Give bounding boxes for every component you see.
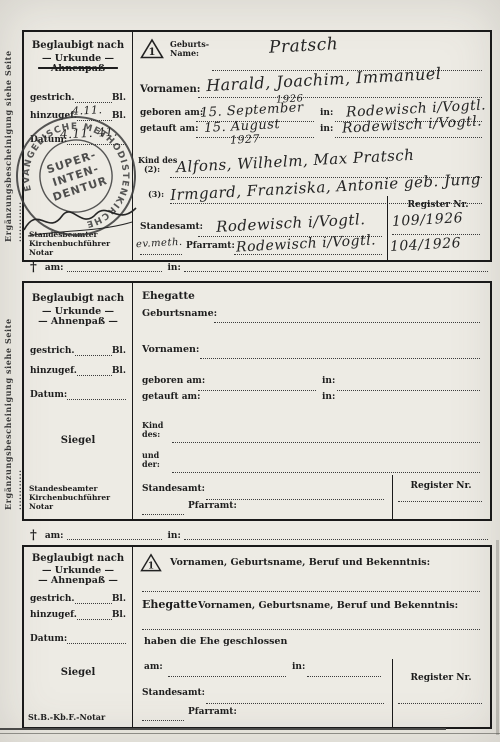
geburtsname-label: Geburtsname:: [142, 309, 217, 319]
pfarramt-prefix-line: [142, 512, 184, 515]
standesamt-line: [206, 497, 384, 500]
certification-column-3: Beglaubigt nach — Urkunde — — Ahnenpaß —…: [24, 547, 133, 727]
death-am-label: am:: [45, 532, 64, 542]
pfarramt-prefix-hand: ev.meth.: [136, 237, 183, 250]
hinzugef-label: hinzugef.: [30, 367, 77, 377]
kind-line: [172, 440, 480, 443]
birth-record-fields: 1 Geburts- Name: Pratsch Vornamen: Haral…: [134, 32, 490, 260]
ahnenpass-label: — Ahnenpaß —: [24, 64, 132, 74]
signature-scrawl: [20, 200, 140, 240]
vornamen-line: [198, 95, 482, 98]
und-line: [172, 470, 480, 473]
scan-edge-artifact: [496, 540, 499, 735]
hinzugef-unit: Bl.: [112, 367, 126, 377]
death-am-blank: [67, 537, 162, 540]
hinzugef-blank: [77, 617, 112, 620]
gestrich-blank: [75, 601, 112, 604]
intro-label: Vornamen, Geburtsname, Beruf und Bekennt…: [170, 558, 430, 568]
geschlossen-label: haben die Ehe geschlossen: [144, 637, 287, 647]
gestrich-row: gestrich. Bl.: [30, 595, 126, 604]
datum-blank: [67, 397, 126, 400]
geburtsname-value: Pratsch: [269, 34, 339, 58]
pfarramt-prefix-line: [142, 718, 184, 721]
spouse-record-fields: Ehegatte Geburtsname: Vornamen: geboren …: [134, 283, 490, 519]
certification-column-2: Beglaubigt nach — Urkunde — — Ahnenpaß —…: [24, 283, 133, 519]
certified-label: Beglaubigt nach: [24, 293, 132, 304]
geboren-label: geboren am:: [142, 377, 205, 387]
page-bottom-rule-2: [0, 733, 500, 734]
gestrich-row: gestrich. Bl.: [30, 347, 126, 356]
death-am-label: am:: [45, 264, 64, 274]
death-in-label: in:: [168, 264, 181, 274]
siegel-label: Siegel: [24, 667, 132, 678]
datum-row: Datum:: [30, 391, 126, 400]
official-line: Notar: [29, 502, 110, 511]
marriage-record-section: Beglaubigt nach — Urkunde — — Ahnenpaß —…: [22, 545, 492, 729]
person-line: [142, 589, 480, 592]
vornamen-line: [200, 356, 480, 359]
warning-triangle-icon: 1: [140, 553, 162, 572]
warning-triangle-icon: 1: [140, 38, 164, 59]
geboren-year: 1926: [276, 93, 304, 105]
hinzugef-blank: [77, 373, 112, 376]
register-line-2: [398, 499, 482, 502]
ahnenpass-label: — Ahnenpaß —: [24, 317, 132, 327]
ehegatte-header: Ehegatte: [142, 599, 197, 611]
death-line-2: † am: in:: [30, 528, 488, 541]
am-line: [168, 674, 286, 677]
certified-label: Beglaubigt nach: [24, 40, 132, 51]
datum-blank: [67, 641, 126, 644]
pfarramt-label: Pfarramt:: [188, 708, 237, 718]
standesamt-label: Standesamt:: [140, 223, 203, 233]
death-am-blank: [67, 269, 162, 272]
geboren-in-line: [337, 388, 480, 391]
standesamt-label: Standesamt:: [142, 689, 205, 699]
geburtsname-line: [214, 320, 480, 323]
standesamt-value: Rodewisch i/Vogtl.: [216, 210, 366, 236]
und-label-2: der:: [142, 460, 160, 469]
pfarramt-label: Pfarramt:: [188, 502, 237, 512]
certified-label: Beglaubigt nach: [24, 553, 132, 564]
death-in-blank: [184, 269, 488, 272]
getauft-label: getauft am:: [142, 393, 200, 403]
kind2-label: (2):: [144, 165, 160, 174]
register-divider-2: [392, 475, 393, 519]
ehegatte-intro-label: Vornamen, Geburtsname, Beruf und Bekennt…: [198, 601, 458, 611]
hinzugef-unit: Bl.: [112, 611, 126, 621]
kind2-value: Alfons, Wilhelm, Max Pratsch: [176, 146, 415, 176]
hinzugef-row: hinzugef. Bl.: [30, 367, 126, 376]
register-divider-1: [387, 196, 388, 260]
register-nr-label-2: Register Nr.: [396, 481, 486, 491]
datum-row: Datum:: [30, 635, 126, 644]
geboren-label: geboren am:: [140, 109, 203, 119]
death-line-1: † am: in:: [30, 260, 488, 273]
gestrich-unit: Bl.: [112, 347, 126, 357]
in-label: in:: [292, 663, 305, 673]
getauft-year: 1927: [230, 132, 261, 147]
ahnenpass-label: — Ahnenpaß —: [24, 576, 132, 586]
cross-symbol: †: [30, 260, 37, 275]
register-nr-label-3: Register Nr.: [396, 673, 486, 683]
badge-number: 1: [148, 561, 154, 571]
getauft-in-label: in:: [322, 393, 335, 403]
official-line: Standesbeamter: [29, 484, 110, 493]
datum-label: Datum:: [30, 635, 67, 645]
death-in-blank: [184, 537, 488, 540]
officials-labels-2: Standesbeamter Kirchenbuchführer Notar: [29, 484, 110, 511]
geburtsname-label-2: Name:: [170, 49, 199, 58]
certification-column-1: Beglaubigt nach — Urkunde — — Ahnenpaß —…: [24, 32, 133, 260]
vornamen-label: Vornamen:: [142, 345, 199, 355]
hinzugef-row: hinzugef. Bl.: [30, 611, 126, 620]
getauft-in-label: in:: [320, 125, 333, 135]
am-label: am:: [144, 663, 163, 673]
birth-record-section: Beglaubigt nach — Urkunde — — Ahnenpaß —…: [22, 30, 492, 262]
ehegatte-header: Ehegatte: [142, 291, 195, 303]
pfarramt-label: Pfarramt:: [186, 242, 235, 252]
register-standesamt-value: 109/1926: [392, 210, 464, 230]
kind-label-2: des:: [142, 430, 160, 439]
hinzugef-label: hinzugef.: [30, 611, 77, 621]
datum-label: Datum:: [30, 391, 67, 401]
page-bottom-rule: [0, 728, 446, 730]
standesamt-line: [206, 701, 384, 704]
spouse-record-section: Beglaubigt nach — Urkunde — — Ahnenpaß —…: [22, 281, 492, 521]
pfarramt-prefix-line: [140, 252, 182, 255]
siegel-label: Siegel: [24, 435, 132, 446]
geboren-line: [198, 388, 316, 391]
vornamen-label: Vornamen:: [140, 84, 200, 95]
kind3-label: (3):: [148, 190, 164, 199]
marriage-record-fields: 1 Vornamen, Geburtsname, Beruf und Beken…: [134, 547, 490, 727]
scanned-document-page: Ergänzungsbescheinigung siehe Seite ....…: [0, 0, 500, 742]
notar-abbr-label: St.B.-Kb.F.-Notar: [28, 713, 105, 722]
geboren-in-label: in:: [320, 109, 333, 119]
gestrich-label: gestrich.: [30, 595, 75, 605]
getauft-label: getauft am:: [140, 125, 198, 135]
register-pfarramt-value: 104/1926: [390, 235, 462, 255]
gestrich-unit: Bl.: [112, 595, 126, 605]
register-nr-label-1: Register Nr.: [390, 200, 486, 210]
in-line: [307, 674, 381, 677]
cross-symbol: †: [30, 528, 37, 543]
geboren-in-label: in:: [322, 377, 335, 387]
official-line: Kirchenbuchführer: [29, 493, 110, 502]
margin-note-middle: Ergänzungsbescheinigung siehe Seite ....…: [3, 295, 23, 510]
death-in-label: in:: [168, 532, 181, 542]
gestrich-label: gestrich.: [30, 347, 75, 357]
gestrich-label: gestrich.: [30, 94, 75, 104]
register-line-1: [392, 232, 480, 235]
register-divider-3: [392, 659, 393, 727]
register-line-3: [398, 701, 482, 704]
badge-number: 1: [149, 47, 156, 58]
standesamt-label: Standesamt:: [142, 485, 205, 495]
gestrich-blank: [75, 353, 112, 356]
spouse-line: [142, 627, 480, 630]
